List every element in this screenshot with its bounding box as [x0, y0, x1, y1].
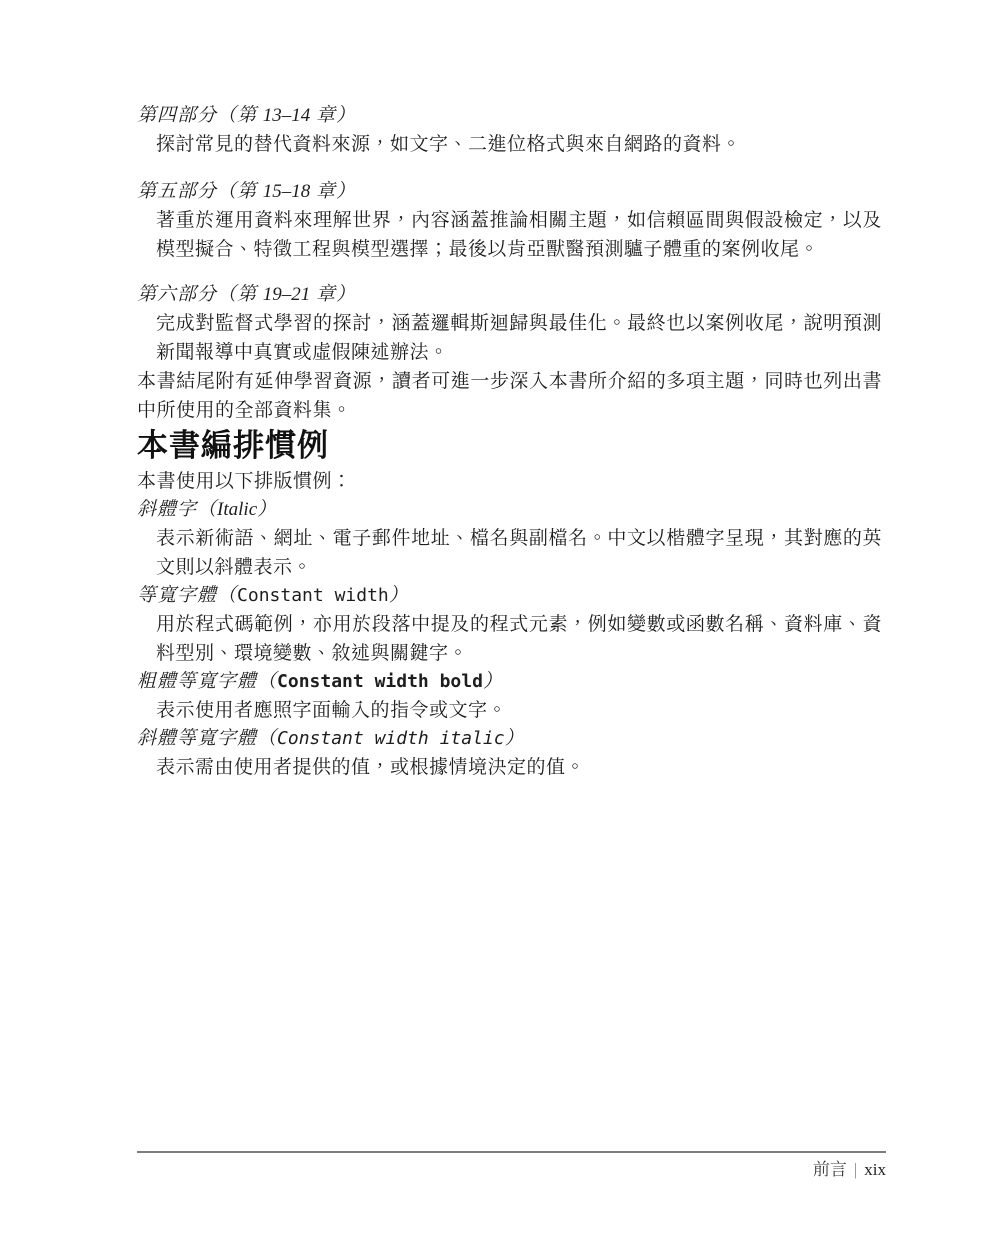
term-mono-italic-zh: 斜體等寬字體 — [137, 728, 257, 749]
part-5-paren-open: （第 — [217, 181, 263, 202]
part-6-chapter-range: 19–21 — [263, 284, 311, 305]
term-mono-paren-open: （ — [217, 585, 237, 606]
part-5-title-zh: 第五部分 — [137, 181, 217, 202]
term-mono-italic-paren-open: （ — [257, 728, 277, 749]
footer-section-label: 前言 — [813, 1160, 847, 1179]
term-mono-en: Constant width — [237, 585, 389, 606]
convention-desc-constant-width: 用於程式碼範例，亦用於段落中提及的程式元素，例如變數或函數名稱、資料庫、資料型別… — [156, 610, 882, 668]
convention-term-constant-width: 等寬字體（Constant width） — [137, 582, 882, 610]
term-italic-paren-close: ） — [257, 499, 277, 520]
part-4-title-zh: 第四部分 — [137, 105, 217, 126]
footer-separator: | — [847, 1160, 864, 1179]
term-italic-en: Italic — [217, 499, 257, 520]
book-page: 第四部分（第 13–14 章） 探討常見的替代資料來源，如文字、二進位格式與來自… — [0, 0, 1000, 1242]
convention-term-constant-width-bold: 粗體等寬字體（Constant width bold） — [137, 668, 882, 696]
term-mono-italic-en: Constant width italic — [277, 728, 505, 749]
term-mono-paren-close: ） — [389, 585, 409, 606]
term-italic-zh: 斜體字 — [137, 499, 197, 520]
footer-rule — [137, 1151, 886, 1153]
part-6-paren-close: 章） — [310, 284, 356, 305]
footer-page-number: xix — [864, 1160, 886, 1179]
term-italic-paren-open: （ — [197, 499, 217, 520]
conventions-intro: 本書使用以下排版慣例： — [137, 467, 882, 496]
term-mono-zh: 等寬字體 — [137, 585, 217, 606]
part-6-paren-open: （第 — [217, 284, 263, 305]
part-6-title-zh: 第六部分 — [137, 284, 217, 305]
convention-desc-italic: 表示新術語、網址、電子郵件地址、檔名與副檔名。中文以楷體字呈現，其對應的英文則以… — [156, 524, 882, 582]
part-4-description: 探討常見的替代資料來源，如文字、二進位格式與來自網路的資料。 — [156, 130, 882, 159]
term-mono-bold-en: Constant width bold — [277, 671, 483, 692]
part-5-paren-close: 章） — [310, 181, 356, 202]
part-4-heading: 第四部分（第 13–14 章） — [137, 102, 882, 130]
convention-term-constant-width-italic: 斜體等寬字體（Constant width italic） — [137, 725, 882, 753]
part-6-heading: 第六部分（第 19–21 章） — [137, 281, 882, 309]
page-footer: 前言|xix — [137, 1157, 886, 1183]
part-4-paren-close: 章） — [310, 105, 356, 126]
closing-paragraph: 本書結尾附有延伸學習資源，讀者可進一步深入本書所介紹的多項主題，同時也列出書中所… — [137, 367, 882, 425]
convention-term-italic: 斜體字（Italic） — [137, 496, 882, 524]
part-5-chapter-range: 15–18 — [263, 181, 311, 202]
term-mono-italic-paren-close: ） — [505, 728, 525, 749]
part-4-paren-open: （第 — [217, 105, 263, 126]
part-5-heading: 第五部分（第 15–18 章） — [137, 178, 882, 206]
part-4-chapter-range: 13–14 — [263, 105, 311, 126]
conventions-section-title: 本書編排慣例 — [137, 425, 882, 467]
term-mono-bold-paren-close: ） — [483, 671, 503, 692]
convention-desc-constant-width-italic: 表示需由使用者提供的值，或根據情境決定的值。 — [156, 753, 882, 782]
term-mono-bold-paren-open: （ — [257, 671, 277, 692]
part-6-description: 完成對監督式學習的探討，涵蓋邏輯斯迴歸與最佳化。最終也以案例收尾，說明預測新聞報… — [156, 309, 882, 367]
convention-desc-constant-width-bold: 表示使用者應照字面輸入的指令或文字。 — [156, 696, 882, 725]
page-content: 第四部分（第 13–14 章） 探討常見的替代資料來源，如文字、二進位格式與來自… — [137, 0, 882, 782]
term-mono-bold-zh: 粗體等寬字體 — [137, 671, 257, 692]
part-5-description: 著重於運用資料來理解世界，內容涵蓋推論相關主題，如信賴區間與假設檢定，以及模型擬… — [156, 206, 882, 264]
